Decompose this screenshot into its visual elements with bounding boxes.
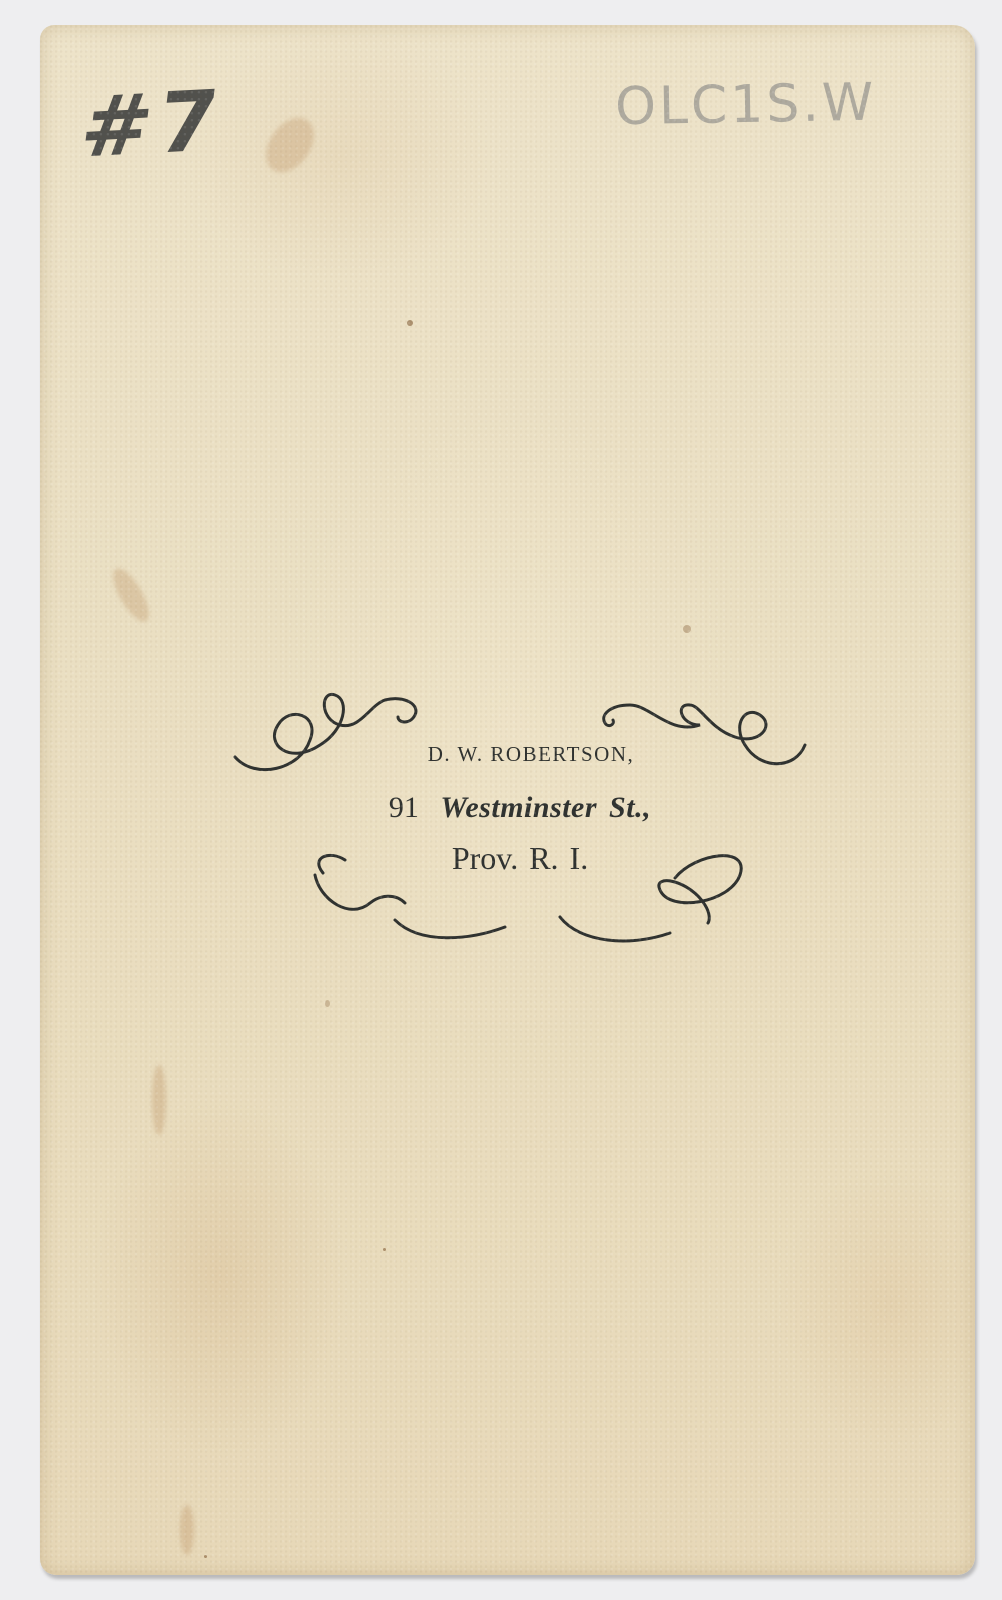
speck	[204, 1555, 207, 1558]
pencil-note: OLC1S.W	[614, 73, 876, 138]
photographer-imprint: D. W. ROBERTSON, 91 Westminster St., Pro…	[220, 645, 820, 965]
speck	[325, 1000, 330, 1007]
street-name: Westminster St.,	[440, 791, 651, 824]
stain	[180, 1505, 194, 1555]
stain	[106, 564, 155, 627]
speck	[383, 1248, 386, 1251]
photo-card-back: #7 OLC1S.W D. W. ROBERTSON,	[40, 25, 975, 1575]
speck	[683, 625, 691, 633]
stain	[152, 1065, 166, 1135]
speck	[407, 320, 413, 326]
studio-name: D. W. ROBERTSON,	[220, 742, 820, 767]
street-number: 91	[389, 791, 419, 824]
handwritten-number: #7	[75, 71, 229, 176]
stain	[256, 109, 323, 181]
studio-city: Prov. R. I.	[220, 840, 820, 877]
scan-background: #7 OLC1S.W D. W. ROBERTSON,	[0, 0, 1002, 1600]
studio-address: 91 Westminster St.,	[220, 791, 820, 825]
